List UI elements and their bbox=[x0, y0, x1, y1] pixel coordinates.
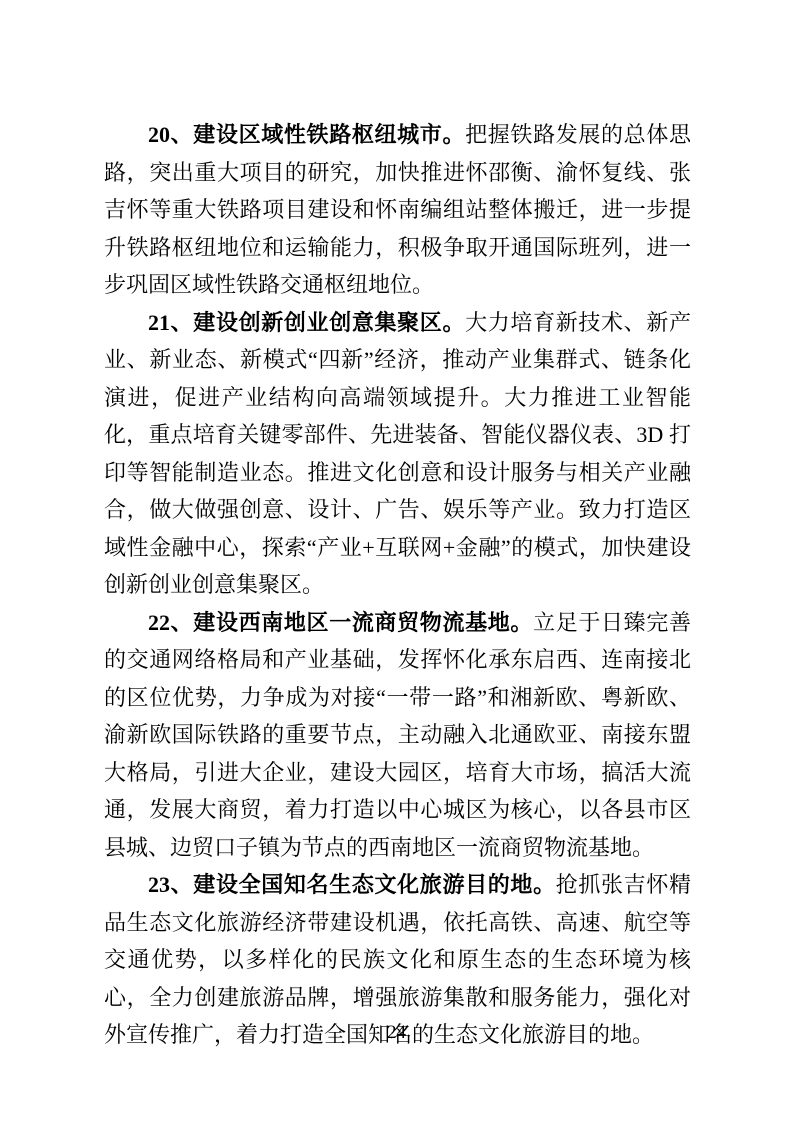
paragraph-body: 抢抓张吉怀精品生态文化旅游经济带建设机遇，依托高铁、高速、航空等交通优势，以多样… bbox=[104, 872, 691, 1047]
document-text-block: 20、建设区域性铁路枢纽城市。把握铁路发展的总体思路，突出重大项目的研究，加快推… bbox=[104, 116, 691, 1054]
page-number: 24 bbox=[0, 1022, 793, 1044]
paragraph-body: 立足于日臻完善的交通网络格局和产业基础，发挥怀化承东启西、连南接北的区位优势，力… bbox=[104, 610, 691, 860]
document-page: 20、建设区域性铁路枢纽城市。把握铁路发展的总体思路，突出重大项目的研究，加快推… bbox=[0, 0, 793, 1122]
paragraph-section-20: 20、建设区域性铁路枢纽城市。把握铁路发展的总体思路，突出重大项目的研究，加快推… bbox=[104, 116, 691, 304]
paragraph-body: 大力培育新技术、新产业、新业态、新模式“四新”经济，推动产业集群式、链条化演进，… bbox=[104, 310, 691, 598]
paragraph-heading: 20、建设区域性铁路枢纽城市。 bbox=[148, 122, 465, 147]
paragraph-section-21: 21、建设创新创业创意集聚区。大力培育新技术、新产业、新业态、新模式“四新”经济… bbox=[104, 304, 691, 604]
paragraph-heading: 22、建设西南地区一流商贸物流基地。 bbox=[148, 610, 533, 635]
paragraph-heading: 21、建设创新创业创意集聚区。 bbox=[148, 310, 465, 335]
paragraph-body: 把握铁路发展的总体思路，突出重大项目的研究，加快推进怀邵衡、渝怀复线、张吉怀等重… bbox=[104, 122, 691, 297]
paragraph-section-22: 22、建设西南地区一流商贸物流基地。立足于日臻完善的交通网络格局和产业基础，发挥… bbox=[104, 604, 691, 867]
paragraph-heading: 23、建设全国知名生态文化旅游目的地。 bbox=[148, 872, 556, 897]
